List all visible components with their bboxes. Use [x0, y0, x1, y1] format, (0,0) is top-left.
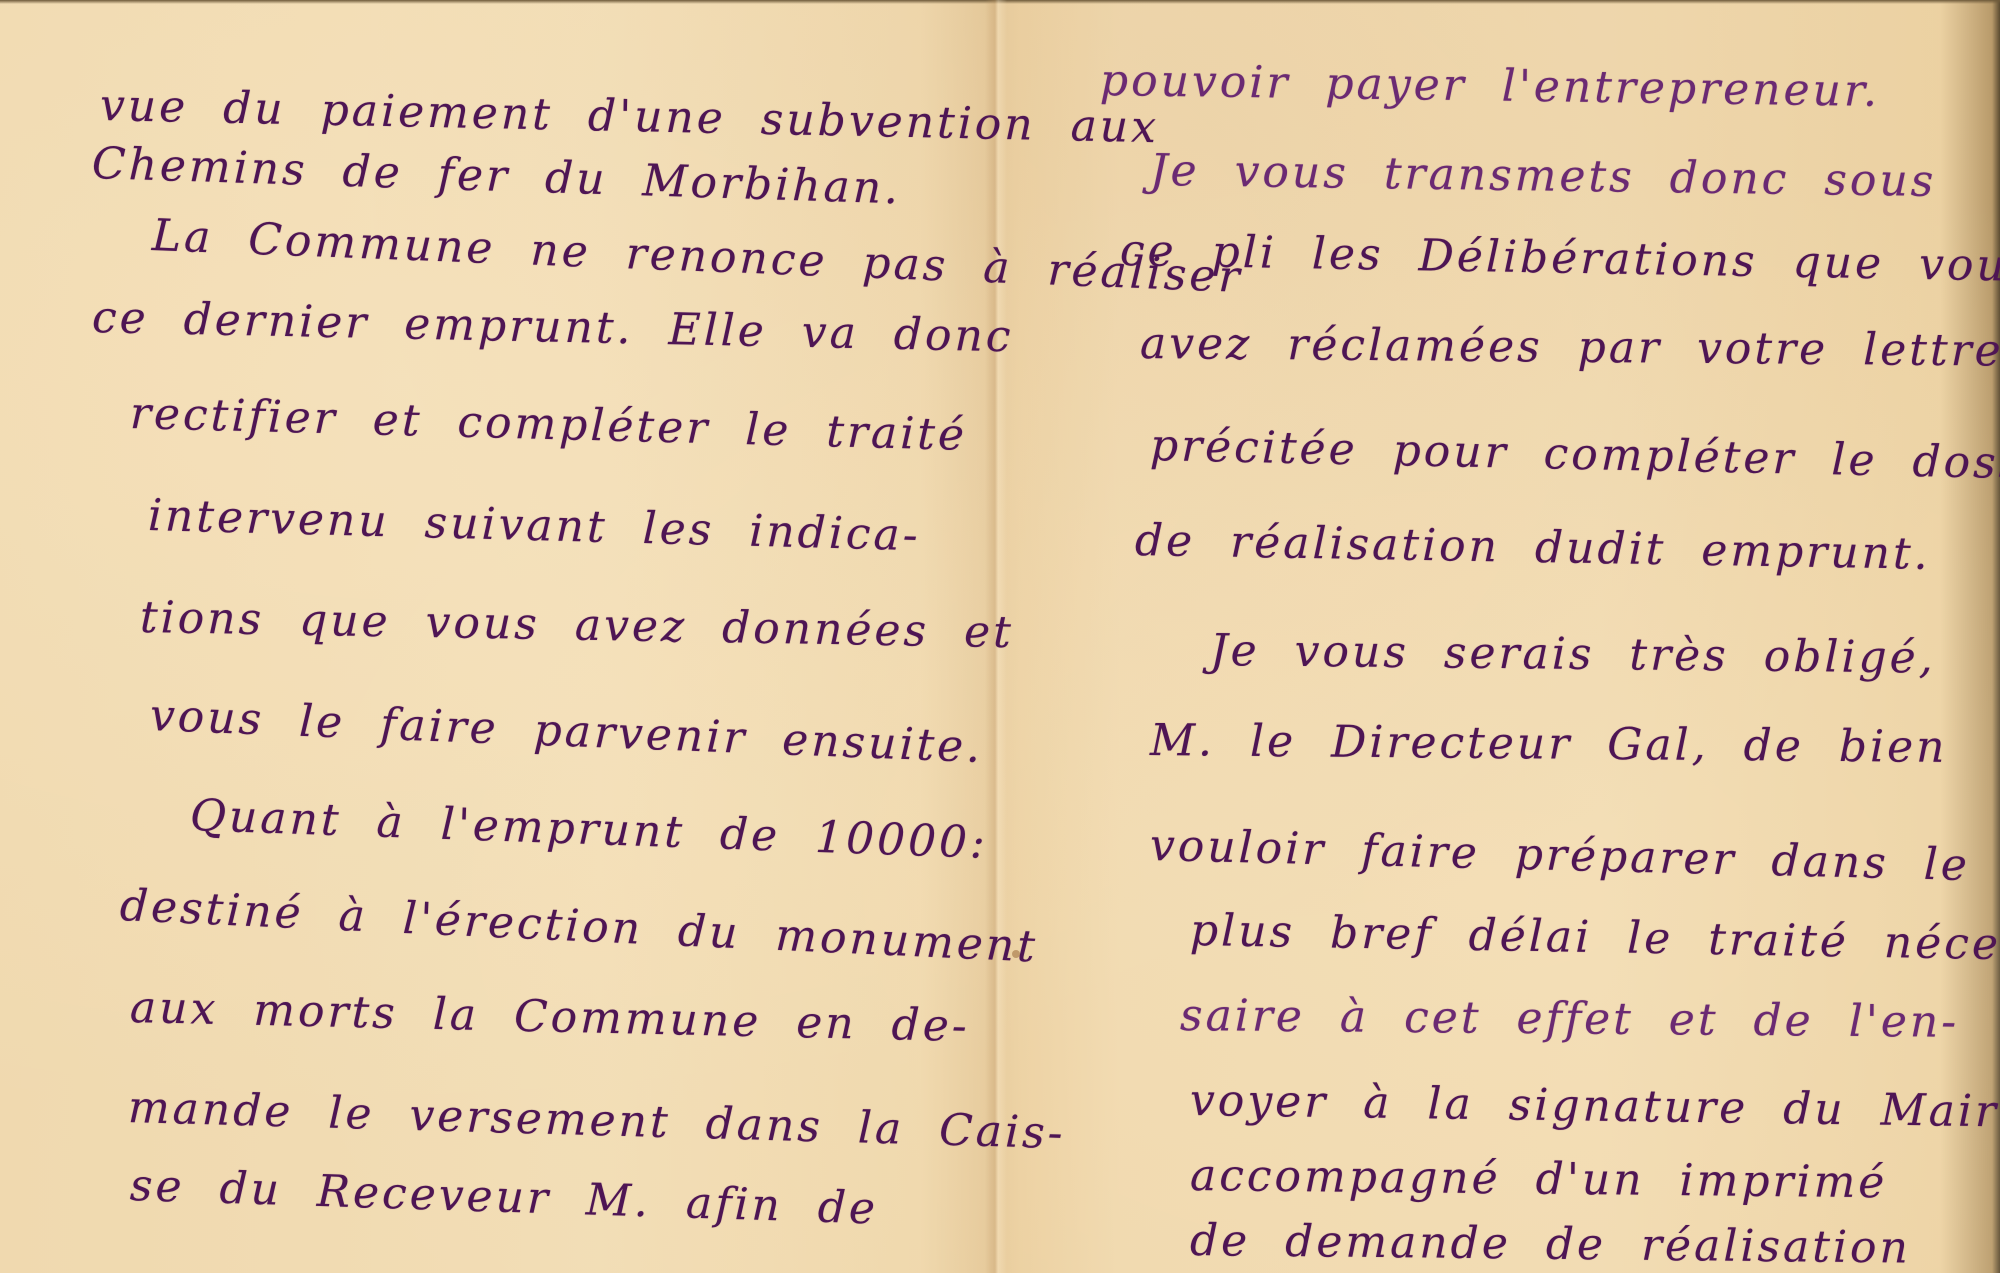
- left-page: vue du paiement d'une subvention aux Che…: [0, 0, 990, 1273]
- handwritten-line: vouloir faire préparer dans le: [1149, 820, 1970, 891]
- handwritten-line: saire à cet effet et de l'en-: [1180, 990, 1960, 1048]
- handwritten-line: de réalisation dudit emprunt.: [1135, 515, 1932, 580]
- handwritten-line: se du Receveur M. afin de: [129, 1160, 879, 1234]
- handwritten-line: pouvoir payer l'entrepreneur.: [1100, 55, 1881, 117]
- handwritten-line: rectifier et compléter le traité: [129, 388, 967, 461]
- handwritten-line: Je vous serais très obligé,: [1210, 625, 1936, 684]
- handwritten-line: Quant à l'emprunt de 10000:: [189, 790, 989, 869]
- handwritten-line: M. le Directeur Gal, de bien: [1150, 715, 1948, 773]
- right-page: pouvoir payer l'entrepreneur. Je vous tr…: [1000, 0, 2000, 1273]
- letter-spread: vue du paiement d'une subvention aux Che…: [0, 0, 2000, 1273]
- handwritten-line: vous le faire parvenir ensuite.: [149, 690, 984, 773]
- handwritten-line: voyer à la signature du Maire: [1190, 1075, 2000, 1138]
- handwritten-line: aux morts la Commune en de-: [129, 982, 970, 1052]
- handwritten-line: de demande de réalisation: [1190, 1215, 1911, 1273]
- handwritten-line: ce pli les Délibérations que vous: [1120, 225, 2000, 292]
- handwritten-line: destiné à l'érection du monument: [119, 880, 1039, 973]
- handwritten-line: accompagné d'un imprimé: [1190, 1150, 1888, 1208]
- handwritten-line: mande le versement dans la Cais-: [127, 1082, 1066, 1159]
- paper-stain: [1012, 950, 1020, 958]
- handwritten-line: avez réclamées par votre lettre: [1140, 318, 2000, 377]
- handwritten-line: Chemins de fer du Morbihan.: [91, 138, 902, 214]
- handwritten-line: plus bref délai le traité néces-: [1190, 905, 2000, 971]
- handwritten-line: intervenu suivant les indica-: [147, 490, 921, 561]
- handwritten-line: précitée pour compléter le dossier: [1149, 420, 2000, 491]
- handwritten-line: ce dernier emprunt. Elle va donc: [91, 292, 1014, 362]
- handwritten-line: tions que vous avez données et: [140, 592, 1015, 658]
- handwritten-line: Je vous transmets donc sous: [1150, 145, 1937, 207]
